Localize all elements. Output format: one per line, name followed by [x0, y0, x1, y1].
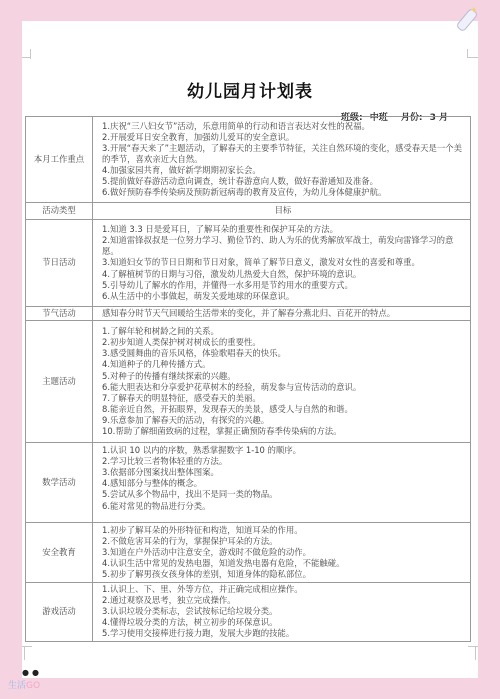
crop-mark [468, 57, 478, 58]
list-item: 6.做好预防春季传染病及预防新冠病毒的教育及宣传，为幼儿身体健康护航。 [102, 187, 464, 198]
row-content: 1.了解年轮和树龄之间的关系。 2.初步知道人类保护树对树成长的重要性。 3.感… [93, 321, 471, 443]
row-content: 1.认识 10 以内的序数，熟悉掌握数字 1-10 的顺序。 2.学习比较三者物… [93, 443, 471, 523]
list-item: 2.不做危害耳朵的行为，掌握保护耳朵的方法。 [102, 536, 464, 547]
list-item: 4.知道种子的几种传播方式。 [102, 359, 464, 370]
table-row: 节日活动 1.知道 3.3 日是爱耳日，了解耳朵的重要性和保护耳朵的方法。 2.… [26, 220, 471, 307]
list-item: 7.了解春天的明显特征，感受春天的美丽。 [102, 393, 464, 404]
list-item: 4.加强家园共育，做好新学期期初家长会。 [102, 165, 464, 176]
list-item: 5.初步了解男孩女孩身体的差别，知道身体的隐私部位。 [102, 569, 464, 580]
list-item: 9.乐意参加了解春天的活动，有探究的兴趣。 [102, 415, 464, 426]
list-item: 6.能对常见的物品进行分类。 [102, 501, 464, 512]
list-item: 4.感知部分与整体的概念。 [102, 478, 464, 489]
table-row: 节气活动 感知春分时节天气回暖给生活带来的变化，并了解春分燕北归、百花开的特点。 [26, 307, 471, 321]
list-item: 感知春分时节天气回暖给生活带来的变化，并了解春分燕北归、百花开的特点。 [102, 308, 464, 319]
list-item: 2.初步知道人类保护树对树成长的重要性。 [102, 337, 464, 348]
crop-mark [467, 49, 468, 58]
list-item: 2.学习比较三者物体轻重的方法。 [102, 456, 464, 467]
list-item: 2.通过观察及思考，独立完成操作。 [102, 595, 464, 606]
list-item: 3.开展“春天来了”主题活动，了解春天的主要季节特征，关注自然环境的变化，感受春… [102, 143, 464, 165]
row-content: 1.知道 3.3 日是爱耳日，了解耳朵的重要性和保护耳朵的方法。 2.知道雷锋叔… [93, 220, 471, 307]
plan-table: 本月工作重点 1.庆祝“三八妇女节”活动，乐意用简单的行动和语言表达对女性的祝福… [25, 116, 471, 642]
crop-mark [468, 646, 478, 647]
sparkle-icon: ✦ [470, 6, 478, 16]
list-item: 4.认识生活中常见的发热电器，知道发热电器有危险，不能触碰。 [102, 558, 464, 569]
document-page: 幼儿园月计划表 班级: 中班 月份: 3 月 本月工作重点 1.庆祝“三八妇女节… [22, 21, 478, 678]
list-item: 3.认识垃圾分类标志，尝试按标记给垃圾分类。 [102, 606, 464, 617]
eyes-icon: ●● [22, 668, 42, 677]
list-item: 5.引导幼儿了解水的作用，并懂得一水多用是节约用水的重要方式。 [102, 280, 464, 291]
crop-mark [24, 646, 25, 660]
crop-mark [22, 646, 32, 647]
list-item: 1.知道 3.3 日是爱耳日，了解耳朵的重要性和保护耳朵的方法。 [102, 224, 464, 235]
list-item: 3.依据部分图案找出整体图案。 [102, 467, 464, 478]
crop-mark [30, 49, 31, 59]
list-item: 5.学习使用交接棒进行接力跑，发展大步跑的技能。 [102, 628, 464, 639]
list-item: 6.能大胆表达和分享爱护花草树木的经验，萌发参与宣传活动的意识。 [102, 382, 464, 393]
list-item: 4.了解植树节的日期与习俗，激发幼儿热爱大自然，保护环境的意识。 [102, 269, 464, 280]
list-item: 5.对种子的传播有继续探索的兴趣。 [102, 371, 464, 382]
crop-mark [475, 646, 476, 660]
watermark-go: GO [26, 681, 40, 691]
row-label: 游戏活动 [26, 583, 93, 641]
crop-mark [22, 57, 30, 58]
list-item: 4.懂得垃圾分类的方法，树立初步的环保意识。 [102, 617, 464, 628]
list-item: 1.认识 10 以内的序数，熟悉掌握数字 1-10 的顺序。 [102, 445, 464, 456]
watermark-text: 生活 [8, 681, 26, 691]
list-item: 5.提前做好春游活动意向调查，统计春游意向人数，做好春游通知及准备。 [102, 176, 464, 187]
table-header-row: 活动类型 目标 [26, 203, 471, 220]
row-content: 1.认识上、下、里、外等方位，并正确完成相应操作。 2.通过观察及思考，独立完成… [93, 583, 471, 641]
list-item: 3.知道在户外活动中注意安全，游戏时不做危险的动作。 [102, 547, 464, 558]
list-item: 3.感受圆舞曲的音乐风格，体验歌唱春天的快乐。 [102, 348, 464, 359]
list-item: 10.帮助了解细菌致病的过程，掌握正确预防春季传染病的方法。 [102, 426, 464, 437]
page-title: 幼儿园月计划表 [22, 77, 478, 102]
list-item: 3.知道妇女节的节日日期和节日对象，简单了解节日意义，激发对女性的喜爱和尊重。 [102, 257, 464, 268]
row-label: 本月工作重点 [26, 117, 93, 203]
table-row: 游戏活动 1.认识上、下、里、外等方位，并正确完成相应操作。 2.通过观察及思考… [26, 583, 471, 641]
row-label: 安全教育 [26, 523, 93, 583]
row-label: 节日活动 [26, 220, 93, 307]
list-item: 6.从生活中的小事做起，萌发关爱地球的环保意识。 [102, 291, 464, 302]
table-row: 安全教育 1.初步了解耳朵的外形特征和构造，知道耳朵的作用。 2.不做危害耳朵的… [26, 523, 471, 583]
header-type: 活动类型 [26, 203, 93, 220]
row-content: 感知春分时节天气回暖给生活带来的变化，并了解春分燕北归、百花开的特点。 [93, 307, 471, 321]
row-label: 节气活动 [26, 307, 93, 321]
list-item: 2.知道雷锋叔叔是一位努力学习、勤俭节约、助人为乐的优秀解放军战士，萌发向雷锋学… [102, 235, 464, 257]
table-row-focus: 本月工作重点 1.庆祝“三八妇女节”活动，乐意用简单的行动和语言表达对女性的祝福… [26, 117, 471, 203]
list-item: 8.能亲近自然，开拓眼界，发现春天的美景，感受人与自然的和谐。 [102, 404, 464, 415]
header-goal: 目标 [93, 203, 471, 220]
list-item: 1.了解年轮和树龄之间的关系。 [102, 326, 464, 337]
list-item: 1.认识上、下、里、外等方位，并正确完成相应操作。 [102, 584, 464, 595]
row-content: 1.庆祝“三八妇女节”活动，乐意用简单的行动和语言表达对女性的祝福。 2.开展爱… [93, 117, 471, 203]
row-label: 主题活动 [26, 321, 93, 443]
row-content: 1.初步了解耳朵的外形特征和构造，知道耳朵的作用。 2.不做危害耳朵的行为，掌握… [93, 523, 471, 583]
table-row: 数学活动 1.认识 10 以内的序数，熟悉掌握数字 1-10 的顺序。 2.学习… [26, 443, 471, 523]
list-item: 2.开展爱耳日安全教育，加强幼儿爱耳的安全意识。 [102, 132, 464, 143]
table-row: 主题活动 1.了解年轮和树龄之间的关系。 2.初步知道人类保护树对树成长的重要性… [26, 321, 471, 443]
watermark: ●● 生活GO [8, 678, 40, 691]
list-item: 5.尝试从多个物品中，找出不是同一类的物品。 [102, 489, 464, 500]
list-item: 1.庆祝“三八妇女节”活动，乐意用简单的行动和语言表达对女性的祝福。 [102, 121, 464, 132]
row-label: 数学活动 [26, 443, 93, 523]
list-item: 1.初步了解耳朵的外形特征和构造，知道耳朵的作用。 [102, 525, 464, 536]
